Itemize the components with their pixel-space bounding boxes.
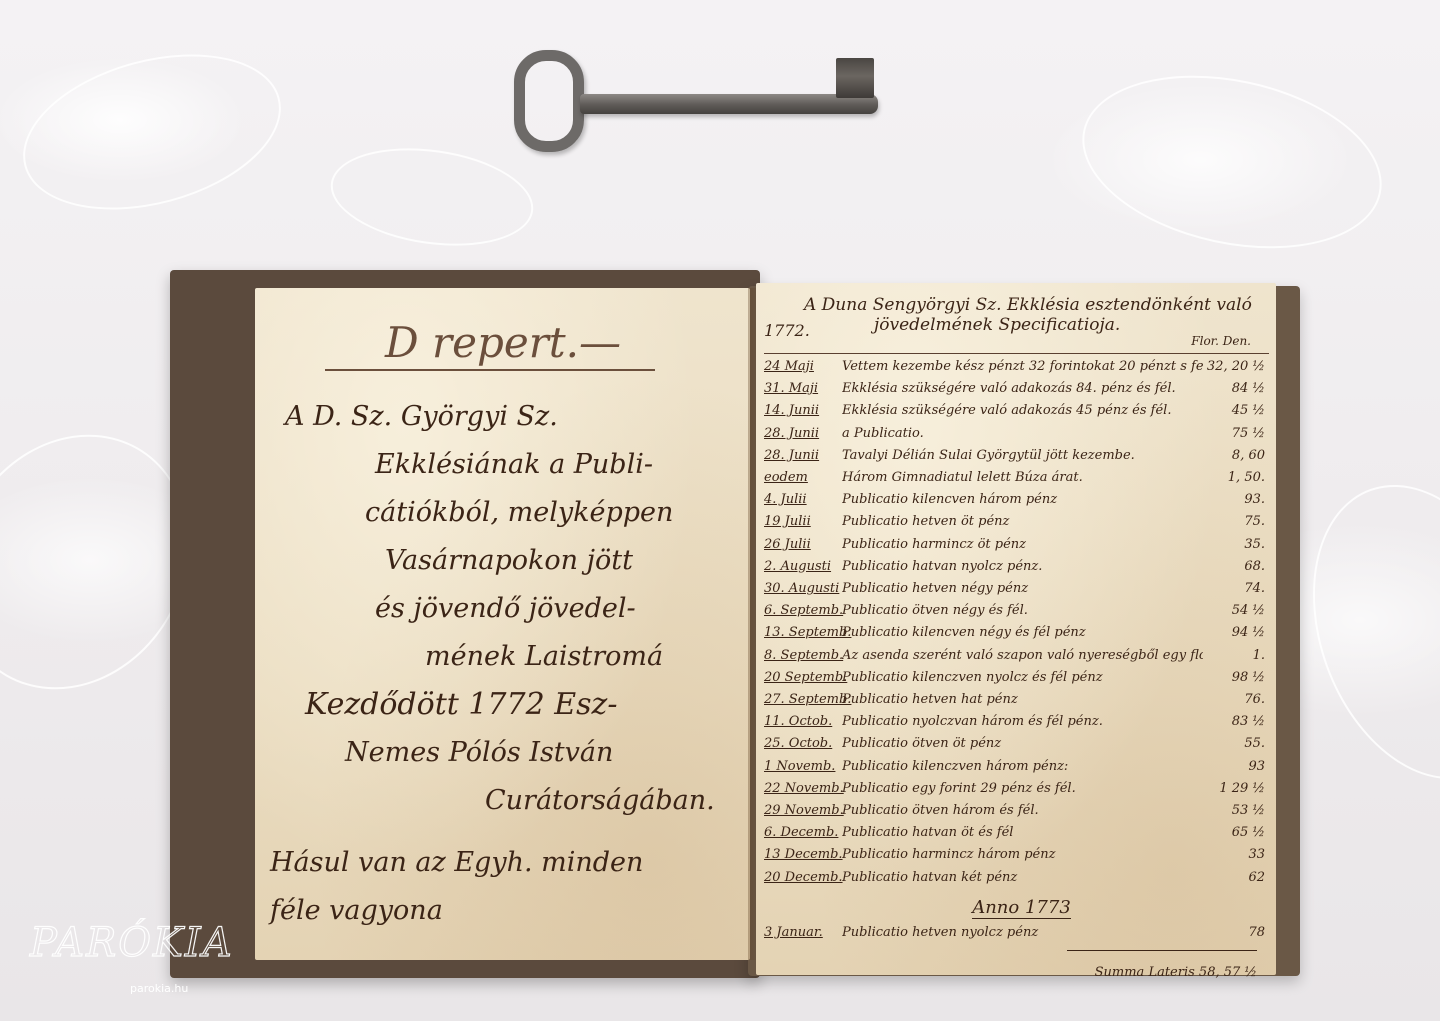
entry-text: Publicatio hetven nyolcz pénz	[842, 922, 1203, 944]
entry-value: 1, 50.	[1203, 467, 1269, 489]
entry-text: Publicatio ötven öt pénz	[842, 733, 1203, 755]
parokia-logo: PARÓKIA	[30, 920, 210, 966]
entry-text: Publicatio nyolczvan három és fél pénz.	[842, 711, 1203, 733]
entry-value: 93	[1203, 756, 1269, 778]
entry-date: 13 Decemb.	[764, 844, 842, 866]
ledger-row: 25. Octob.Publicatio ötven öt pénz55.	[764, 733, 1269, 755]
entry-date: 29 Novemb.	[764, 800, 842, 822]
entry-text: Publicatio ötven négy és fél.	[842, 600, 1203, 622]
entry-text: Publicatio kilencven négy és fél pénz	[842, 622, 1203, 644]
ledger-row: 14. JuniiEkklésia szükségére való adakoz…	[764, 400, 1269, 422]
entry-date: 2. Augusti	[764, 556, 842, 578]
entry-value: 1 29 ½	[1203, 778, 1269, 800]
flor-column-header: Flor.	[1191, 334, 1219, 348]
ledger-row: 26 JuliiPublicatio harmincz öt pénz35.	[764, 534, 1269, 556]
entry-value: 78	[1203, 922, 1269, 944]
entry-date: 6. Septemb.	[764, 600, 842, 622]
ledger-row: 22 Novemb.Publicatio egy forint 29 pénz …	[764, 778, 1269, 800]
entry-date: 27. Septemb.	[764, 689, 842, 711]
entry-date: 25. Octob.	[764, 733, 842, 755]
summa-rule	[1067, 950, 1257, 951]
entry-date: 26 Julii	[764, 534, 842, 556]
ledger-row: 8. Septemb.Az asenda szerént való szapon…	[764, 645, 1269, 667]
header-rule	[764, 353, 1269, 354]
ledger-row: 2. AugustiPublicatio hatvan nyolcz pénz.…	[764, 556, 1269, 578]
ledger-row: 13. Septemb.Publicatio kilencven négy és…	[764, 622, 1269, 644]
entry-text: Publicatio hatvan öt és fél	[842, 822, 1203, 844]
left-line: Nemes Pólós István	[285, 729, 735, 777]
entry-value: 76.	[1203, 689, 1269, 711]
summa-lateris: Summa Lateris 58, 57 ½	[764, 965, 1269, 980]
entry-value: 35.	[1203, 534, 1269, 556]
entry-value: 32, 20 ½	[1203, 356, 1269, 378]
entry-value: 75 ½	[1203, 423, 1269, 445]
ledger-row: 28. JuniiTavalyi Délián Sulai Györgytül …	[764, 445, 1269, 467]
entry-text: Az asenda szerént való szapon való nyere…	[842, 645, 1203, 667]
entry-text: a Publicatio.	[842, 423, 1203, 445]
ledger-row: 27. Septemb.Publicatio hetven hat pénz76…	[764, 689, 1269, 711]
left-page-heading: D repert.—	[385, 318, 735, 367]
ledger-row: 29 Novemb.Publicatio ötven három és fél.…	[764, 800, 1269, 822]
watermark-url: parokia.hu	[130, 982, 188, 995]
ledger-heading-line1: A Duna Sengyörgyi Sz. Ekklésia esztendön…	[764, 295, 1269, 315]
entry-text: Publicatio kilenczven nyolcz és fél pénz	[842, 667, 1203, 689]
ledger-row: 6. Septemb.Publicatio ötven négy és fél.…	[764, 600, 1269, 622]
entry-value: 62	[1203, 867, 1269, 889]
entry-text: Publicatio kilencven három pénz	[842, 489, 1203, 511]
ledger-row: 19 JuliiPublicatio hetven öt pénz75.	[764, 511, 1269, 533]
entry-text: Publicatio harmincz öt pénz	[842, 534, 1203, 556]
entry-date: 20 Decemb.	[764, 867, 842, 889]
entry-text: Ekklésia szükségére való adakozás 45 pén…	[842, 400, 1203, 422]
entry-text: Publicatio hatvan két pénz	[842, 867, 1203, 889]
entry-text: Vettem kezembe kész pénzt 32 forintokat …	[842, 356, 1203, 378]
ledger-row: 31. MajiEkklésia szükségére való adakozá…	[764, 378, 1269, 400]
entry-value: 33	[1203, 844, 1269, 866]
entry-date: 3 Januar.	[764, 922, 842, 944]
left-line: féle vagyona	[270, 887, 735, 935]
ledger-row: 4. JuliiPublicatio kilencven három pénz9…	[764, 489, 1269, 511]
key-bow	[514, 50, 584, 152]
entry-text: Publicatio hetven négy pénz	[842, 578, 1203, 600]
ledger-row: 20 Septemb.Publicatio kilenczven nyolcz …	[764, 667, 1269, 689]
entry-value: 53 ½	[1203, 800, 1269, 822]
entry-value: 75.	[1203, 511, 1269, 533]
ledger-row: 28. Juniia Publicatio.75 ½	[764, 423, 1269, 445]
entry-date: 20 Septemb.	[764, 667, 842, 689]
key-shaft	[580, 94, 878, 114]
entry-date: 8. Septemb.	[764, 645, 842, 667]
entry-value: 65 ½	[1203, 822, 1269, 844]
den-column-header: Den.	[1223, 334, 1251, 348]
entry-date: 19 Julii	[764, 511, 842, 533]
entry-text: Publicatio kilenczven három pénz:	[842, 756, 1203, 778]
entry-text: Tavalyi Délián Sulai Györgytül jött keze…	[842, 445, 1203, 467]
entry-date: 14. Junii	[764, 400, 842, 422]
ledger-entries: 24 MajiVettem kezembe kész pénzt 32 fori…	[764, 356, 1269, 889]
entry-text: Három Gimnadiatul lelett Búza árat.	[842, 467, 1203, 489]
entry-text: Publicatio harmincz három pénz	[842, 844, 1203, 866]
ledger-row: 30. AugustiPublicatio hetven négy pénz74…	[764, 578, 1269, 600]
left-line: A D. Sz. Györgyi Sz.	[285, 393, 735, 441]
entry-value: 45 ½	[1203, 400, 1269, 422]
ledger-row: 1 Novemb.Publicatio kilenczven három pén…	[764, 756, 1269, 778]
ledger-entries-1773: 3 Januar.Publicatio hetven nyolcz pénz78	[764, 922, 1269, 944]
entry-value: 93.	[1203, 489, 1269, 511]
entry-value: 68.	[1203, 556, 1269, 578]
left-line: cátiókból, melyképpen	[285, 489, 735, 537]
entry-value: 94 ½	[1203, 622, 1269, 644]
entry-value: 84 ½	[1203, 378, 1269, 400]
ledger-row: 11. Octob.Publicatio nyolczvan három és …	[764, 711, 1269, 733]
left-line: mének Laistromá	[285, 633, 735, 681]
entry-value: 55.	[1203, 733, 1269, 755]
entry-date: 1 Novemb.	[764, 756, 842, 778]
left-line: Hásul van az Egyh. minden	[270, 839, 735, 887]
entry-date: 11. Octob.	[764, 711, 842, 733]
heading-underline	[325, 369, 655, 371]
entry-date: 28. Junii	[764, 423, 842, 445]
left-line: Kezdődött 1772 Esz-	[285, 681, 735, 729]
key-bit	[836, 58, 874, 98]
entry-text: Ekklésia szükségére való adakozás 84. pé…	[842, 378, 1203, 400]
iron-key	[514, 50, 884, 160]
open-ledger-book: D repert.— A D. Sz. Györgyi Sz. Ekklésiá…	[170, 268, 1300, 983]
entry-date: 28. Junii	[764, 445, 842, 467]
ledger-row: 13 Decemb.Publicatio harmincz három pénz…	[764, 844, 1269, 866]
left-line: Vasárnapokon jött	[285, 537, 735, 585]
ledger-row: 6. Decemb.Publicatio hatvan öt és fél65 …	[764, 822, 1269, 844]
ledger-row: 3 Januar.Publicatio hetven nyolcz pénz78	[764, 922, 1269, 944]
ledger-row: 20 Decemb.Publicatio hatvan két pénz62	[764, 867, 1269, 889]
entry-date: eodem	[764, 467, 842, 489]
entry-date: 30. Augusti	[764, 578, 842, 600]
entry-date: 24 Maji	[764, 356, 842, 378]
entry-date: 6. Decemb.	[764, 822, 842, 844]
watermark: PARÓKIA parokia.hu	[30, 920, 210, 1015]
entry-date: 13. Septemb.	[764, 622, 842, 644]
entry-value: 1.	[1203, 645, 1269, 667]
entry-value: 98 ½	[1203, 667, 1269, 689]
entry-text: Publicatio ötven három és fél.	[842, 800, 1203, 822]
entry-value: 83 ½	[1203, 711, 1269, 733]
left-page: D repert.— A D. Sz. Györgyi Sz. Ekklésiá…	[255, 288, 750, 960]
ledger-row: 24 MajiVettem kezembe kész pénzt 32 fori…	[764, 356, 1269, 378]
anno-heading: Anno 1773	[764, 897, 1269, 918]
ledger-row: eodemHárom Gimnadiatul lelett Búza árat.…	[764, 467, 1269, 489]
left-line: Curátorságában.	[285, 777, 735, 825]
left-line: és jövendő jövedel-	[285, 585, 735, 633]
left-line: Ekklésiának a Publi-	[285, 441, 735, 489]
entry-text: Publicatio egy forint 29 pénz és fél.	[842, 778, 1203, 800]
entry-value: 74.	[1203, 578, 1269, 600]
right-page: 1772. A Duna Sengyörgyi Sz. Ekklésia esz…	[756, 283, 1276, 975]
entry-text: Publicatio hetven hat pénz	[842, 689, 1203, 711]
entry-date: 31. Maji	[764, 378, 842, 400]
entry-date: 4. Julii	[764, 489, 842, 511]
entry-value: 54 ½	[1203, 600, 1269, 622]
entry-value: 8, 60	[1203, 445, 1269, 467]
entry-text: Publicatio hatvan nyolcz pénz.	[842, 556, 1203, 578]
entry-date: 22 Novemb.	[764, 778, 842, 800]
entry-text: Publicatio hetven öt pénz	[842, 511, 1203, 533]
ledger-year: 1772.	[764, 321, 810, 341]
